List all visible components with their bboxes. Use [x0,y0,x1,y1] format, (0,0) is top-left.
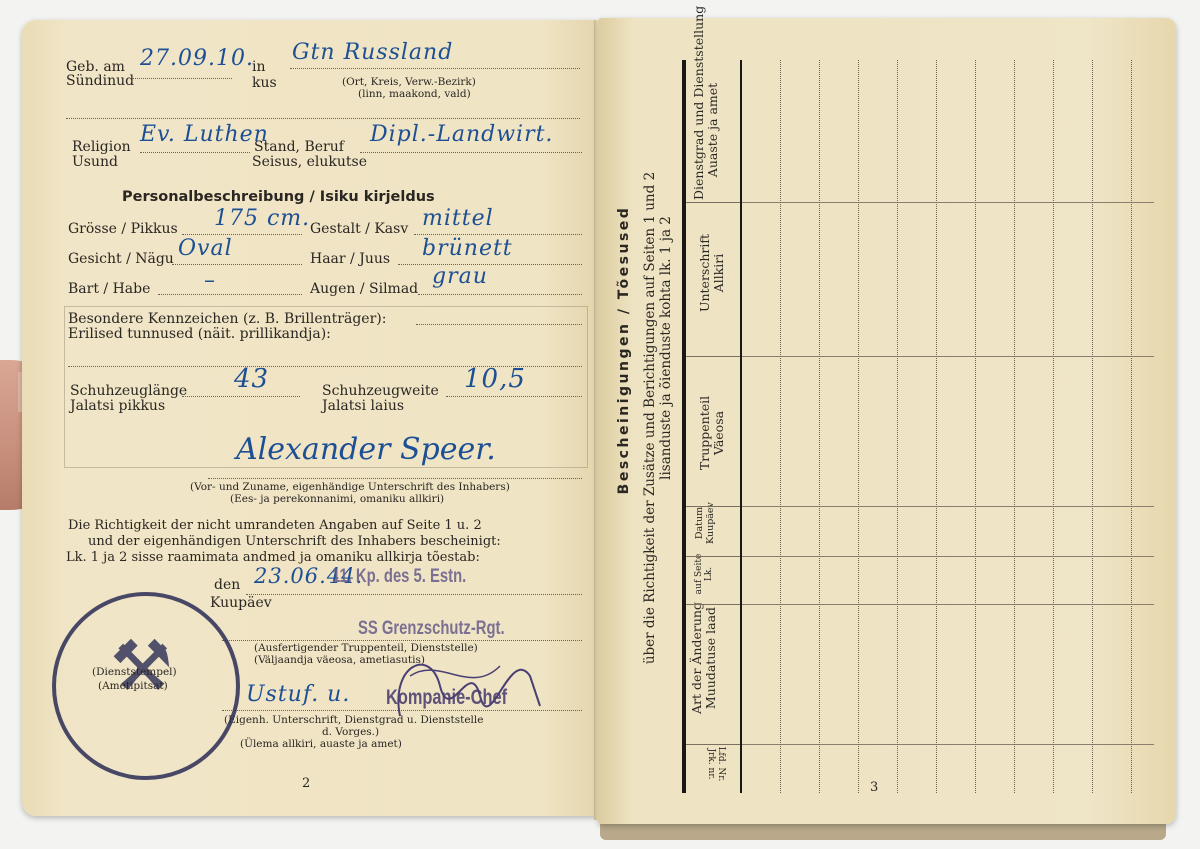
field-label-height: Grösse / Pikkus [68,222,178,237]
grid-line [897,60,898,793]
field-label-face: Gesicht / Nägu [68,252,174,267]
birth-date-value: 27.09.10. [140,46,254,71]
field-label-eyes: Augen / Silmad [310,282,418,297]
field-value-build: mittel [422,206,494,231]
header-sep [686,506,740,507]
col-unit-et: Väeosa [711,411,726,455]
grid-line [1053,60,1054,793]
col-header-unit: Truppenteil Väeosa [698,368,726,498]
col-rank-et: Auaste ja amet [705,83,720,177]
col-date-et: Kuupäev [705,502,716,544]
description-heading: Personalbeschreibung / Isiku kirjeldus [122,190,435,205]
seal-label-et: (Ametipitsat) [98,680,168,692]
field-value-height: 175 cm. [214,206,310,231]
col-change-type-de: Art der Änderung [689,602,704,714]
face-line [172,264,302,265]
field-value-beard: – [204,268,216,293]
grid-line [1092,60,1093,793]
col-rank-de: Dienstgrad und Dienststellung [691,6,706,200]
section-title: Bescheinigungen / Tõesused [616,70,632,630]
holder-signature: Alexander Speer. [236,432,496,467]
right-page: Bescheinigungen / Tõesused über die Rich… [598,18,1176,824]
field-label-hair: Haar / Juus [310,252,390,267]
officer-hint-de2: d. Vorges.) [322,726,379,738]
blank-line [66,118,580,119]
certification-line1: Die Richtigkeit der nicht umrandeten Ang… [68,518,482,533]
field-label-build: Gestalt / Kasv [310,222,408,237]
signature-line [208,478,582,479]
grid-line [858,60,859,793]
seal-label-de: (Dienststempel) [92,666,177,678]
grid-line [819,60,820,793]
grid-line [975,60,976,793]
grid-line [936,60,937,793]
col-row-number-de: Lfd. Nr. [716,747,726,782]
unit-stamp-line1: 11. Kp. des 5. Estn. [332,566,466,588]
col-change-type-et: Muudatuse laad [703,607,718,709]
date-label-et: Kuupäev [210,596,272,611]
signature-hint-de: (Vor- und Zuname, eigenhändige Unterschr… [190,481,510,493]
height-line [182,234,302,235]
col-signature-et: Allkiri [711,254,726,293]
header-sep [686,744,740,745]
build-line [414,234,582,235]
section-subtitle-et: lisanduste ja õienduste kohta lk. 1 ja 2 [658,88,674,608]
field-value-eyes: grau [432,264,488,289]
page-number-right: 3 [870,780,878,795]
table-left-border [682,60,686,793]
eyes-line [418,294,582,295]
birth-label-et: Sündinud [66,74,134,89]
place-hint-et: (linn, maakond, vald) [358,88,471,100]
birth-place-line [290,68,580,69]
col-page-de: auf Seite [694,554,704,595]
field-value-hair: brünett [422,236,513,261]
field-label-beard: Bart / Habe [68,282,150,297]
officer-signature-scrawl [380,636,560,746]
header-column-border [740,60,742,793]
header-sep [686,604,740,605]
col-unit-de: Truppenteil [697,396,712,470]
col-header-change-type: Art der Änderung Muudatuse laad [690,588,718,728]
grid-line [1014,60,1015,793]
profession-label-et: Seisus, elukutse [252,155,367,170]
header-sep [686,356,740,357]
field-value-face: Oval [178,236,233,261]
birth-in-de: in [252,60,266,75]
profession-value: Dipl.-Landwirt. [370,122,553,147]
date-label-de: den [214,578,240,593]
col-date-de: Datum [694,507,705,539]
col-header-row-number: Lfd. Nr. Jrk. nr. [706,744,726,784]
grid-line [1131,60,1132,793]
profession-line [360,152,582,153]
col-header-rank: Dienstgrad und Dienststellung Auaste ja … [692,60,720,200]
religion-line [140,152,250,153]
officer-rank: Ustuf. u. [246,682,350,707]
grid-line [780,60,781,793]
birth-in-et: kus [252,76,277,91]
col-page-et: Lk. [704,567,714,581]
hair-line [398,264,582,265]
officer-hint-et: (Ülema allkiri, auaste ja amet) [240,738,402,750]
religion-value: Ev. Luthen [140,122,269,147]
place-hint-de: (Ort, Kreis, Verw.-Bezirk) [342,76,476,88]
header-sep [686,202,740,203]
section-subtitle-de: über die Richtigkeit der Zusätze und Ber… [642,48,658,788]
col-row-number-et: Jrk. nr. [706,748,716,779]
birth-place-value: Gtn Russland [292,40,453,65]
religion-label-de: Religion [72,140,131,155]
col-header-signature: Unterschrift Allkiri [698,198,726,348]
signature-hint-et: (Ees- ja perekonnanimi, omaniku allkiri) [230,493,444,505]
header-sep [686,556,740,557]
beard-line [158,294,302,295]
certification-line3: Lk. 1 ja 2 sisse raamimata andmed ja oma… [66,550,480,565]
certification-line2: und der eigenhändigen Unterschrift des I… [88,534,501,549]
date-line [246,594,582,595]
page-number-left: 2 [302,776,310,791]
col-signature-de: Unterschrift [697,234,712,312]
col-header-page: auf Seite Lk. [694,550,714,598]
religion-label-et: Usund [72,155,118,170]
birth-date-line [132,78,232,79]
profession-label-de: Stand, Beruf [254,140,344,155]
